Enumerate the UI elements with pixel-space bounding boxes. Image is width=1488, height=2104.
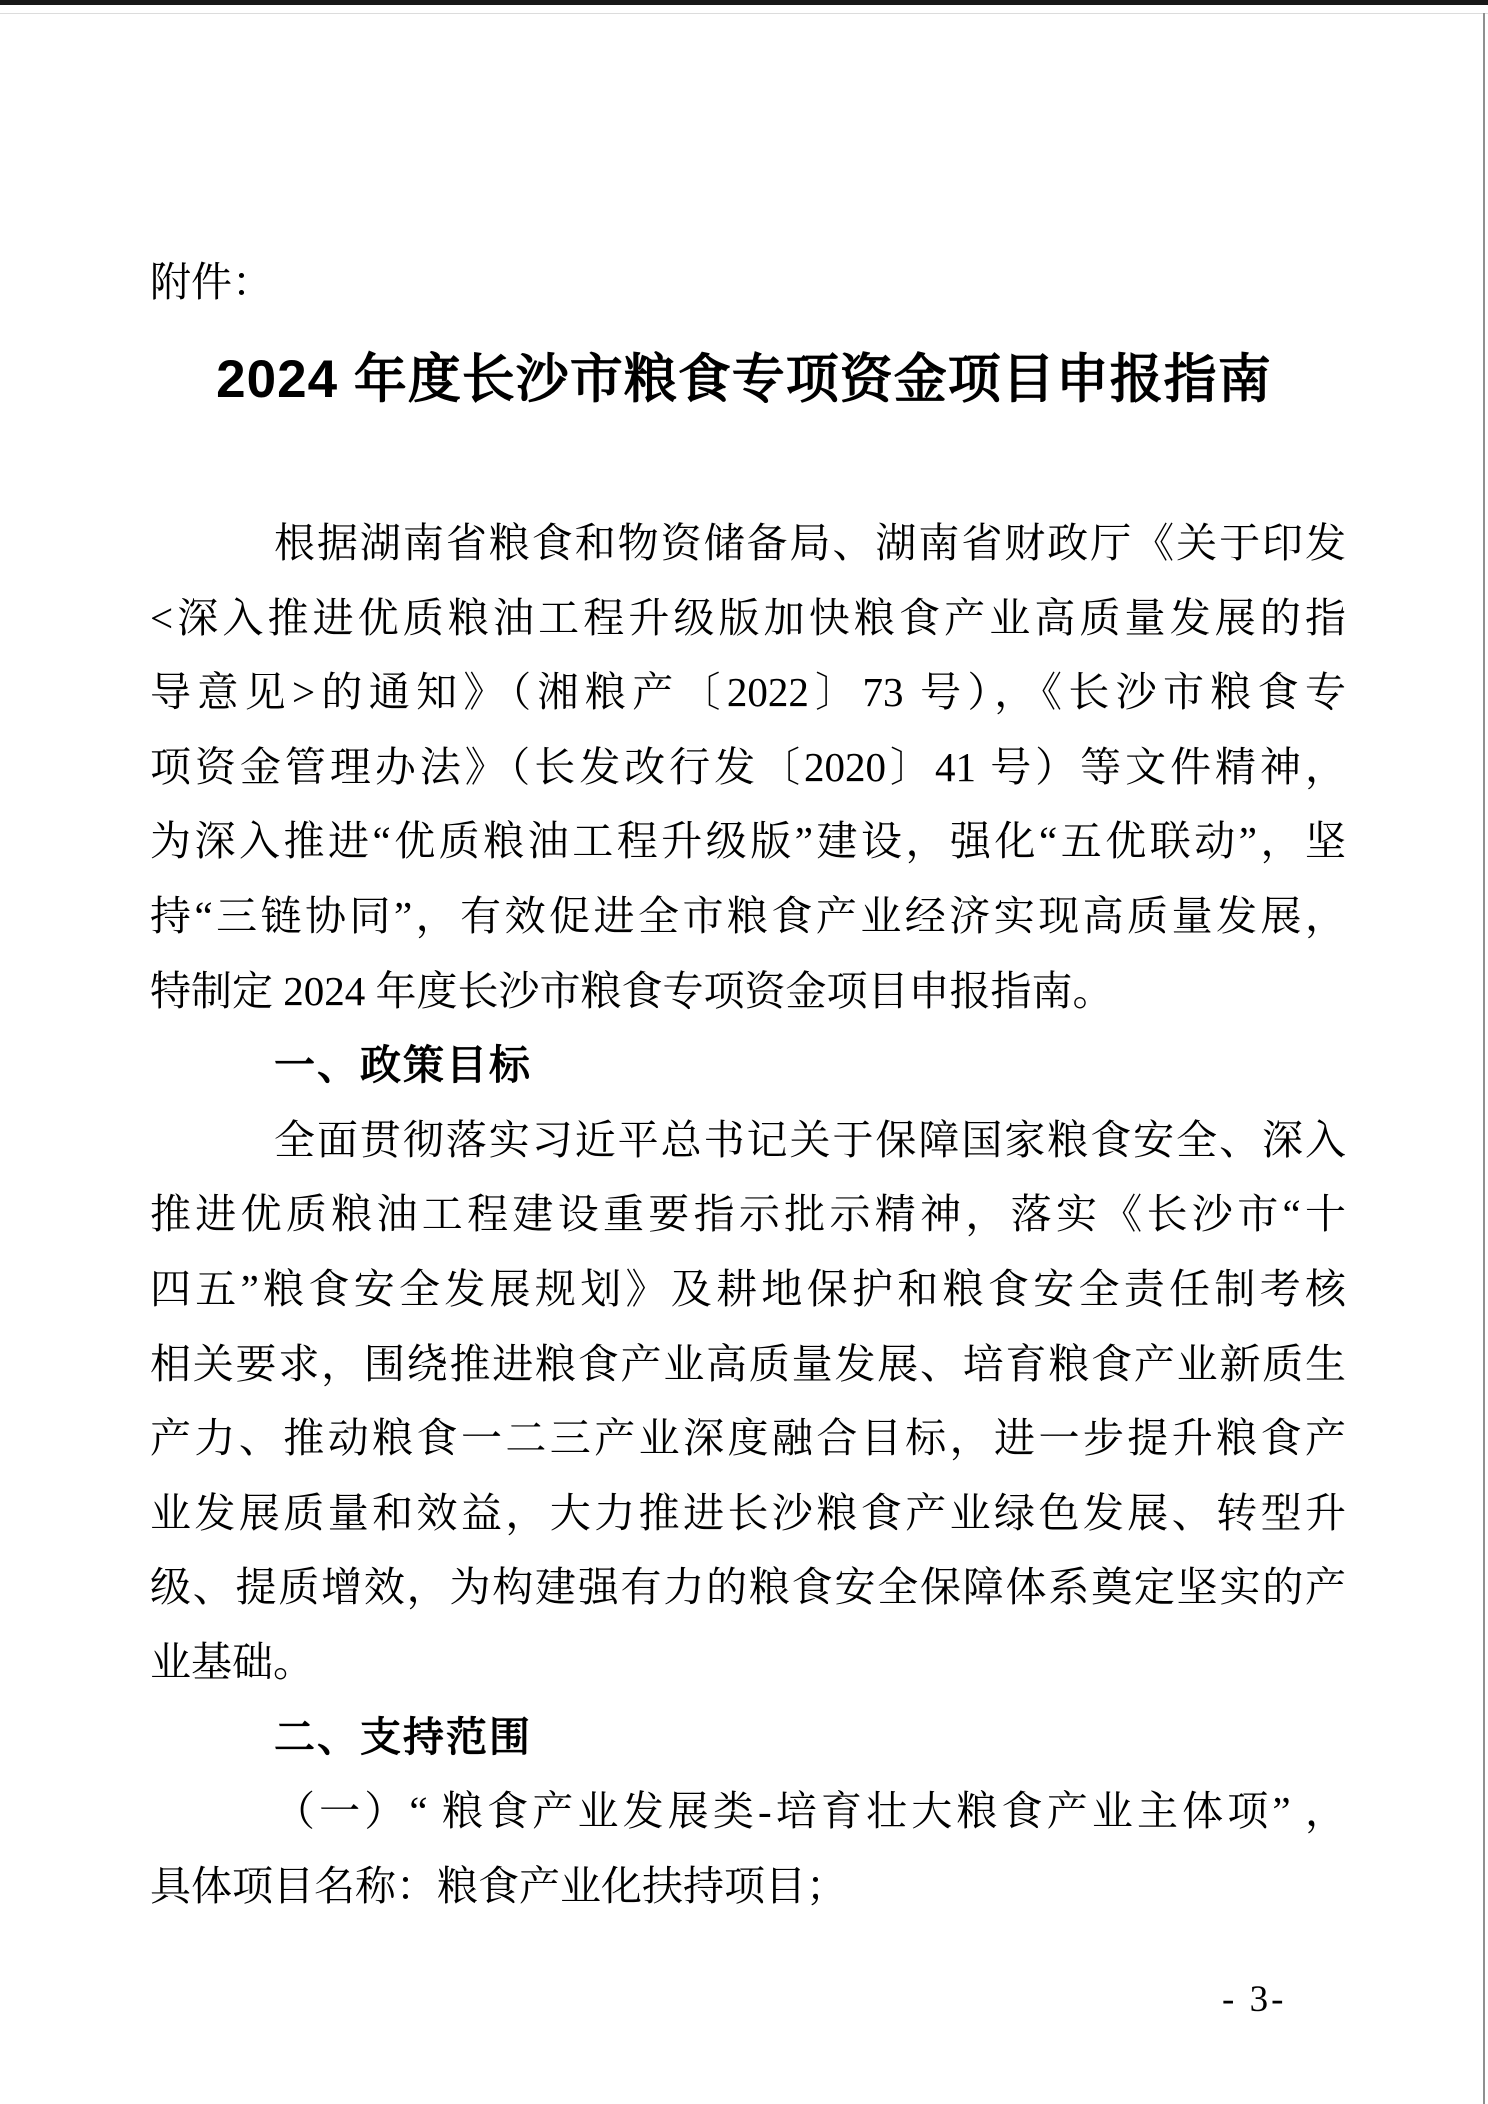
text-line: 产力、推动粮食一二三产业深度融合目标，进一步提升粮食产 xyxy=(150,1401,1346,1476)
text-line: 项资金管理办法》（长发改行发〔2020〕41 号）等文件精神， xyxy=(150,730,1346,805)
text-line: 业发展质量和效益，大力推进长沙粮食产业绿色发展、转型升 xyxy=(150,1476,1346,1551)
text-line: 为深入推进“优质粮油工程升级版”建设，强化“五优联动”，坚 xyxy=(150,804,1346,879)
text-line: 级、提质增效，为构建强有力的粮食安全保障体系奠定坚实的产 xyxy=(150,1550,1346,1625)
text-line: 四五”粮食安全发展规划》及耕地保护和粮食安全责任制考核 xyxy=(150,1252,1346,1327)
text-line: 相关要求，围绕推进粮食产业高质量发展、培育粮食产业新质生 xyxy=(150,1327,1346,1402)
text-line: 推进优质粮油工程建设重要指示批示精神，落实《长沙市“十 xyxy=(150,1177,1346,1252)
text-line: （一）“ 粮食产业发展类-培育壮大粮食产业主体项” ， xyxy=(150,1774,1346,1849)
text-line: <深入推进优质粮油工程升级版加快粮食产业高质量发展的指 xyxy=(150,581,1346,656)
text-line: 根据湖南省粮食和物资储备局、湖南省财政厅《关于印发 xyxy=(150,506,1346,581)
page-top-hairline xyxy=(0,13,1488,14)
text-line: 特制定 2024 年度长沙市粮食专项资金项目申报指南。 xyxy=(150,954,1346,1029)
section-heading: 二、支持范围 xyxy=(150,1700,1346,1775)
text-line: 全面贯彻落实习近平总书记关于保障国家粮食安全、深入 xyxy=(150,1103,1346,1178)
paragraph: （一）“ 粮食产业发展类-培育壮大粮食产业主体项” ，具体项目名称：粮食产业化扶… xyxy=(150,1774,1346,1923)
text-line: 一、政策目标 xyxy=(150,1028,1346,1103)
text-line: 业基础。 xyxy=(150,1625,1346,1700)
document-page: { "document": { "attachment_label": "附件：… xyxy=(0,0,1488,2104)
text-line: 二、支持范围 xyxy=(150,1700,1346,1775)
section-heading: 一、政策目标 xyxy=(150,1028,1346,1103)
document-title: 2024 年度长沙市粮食专项资金项目申报指南 xyxy=(0,348,1488,412)
page-right-edge xyxy=(1483,13,1485,2104)
text-line: 持“三链协同”，有效促进全市粮食产业经济实现高质量发展， xyxy=(150,879,1346,954)
text-line: 导意见>的通知》（湘粮产〔2022〕73 号），《长沙市粮食专 xyxy=(150,655,1346,730)
page-number: - 3- xyxy=(1222,1978,1286,2021)
page-top-edge xyxy=(0,0,1488,5)
text-line: 具体项目名称：粮食产业化扶持项目； xyxy=(150,1849,1346,1924)
document-body: 根据湖南省粮食和物资储备局、湖南省财政厅《关于印发<深入推进优质粮油工程升级版加… xyxy=(150,506,1346,1923)
paragraph: 全面贯彻落实习近平总书记关于保障国家粮食安全、深入推进优质粮油工程建设重要指示批… xyxy=(150,1103,1346,1700)
attachment-label: 附件： xyxy=(150,258,273,306)
paragraph: 根据湖南省粮食和物资储备局、湖南省财政厅《关于印发<深入推进优质粮油工程升级版加… xyxy=(150,506,1346,1028)
